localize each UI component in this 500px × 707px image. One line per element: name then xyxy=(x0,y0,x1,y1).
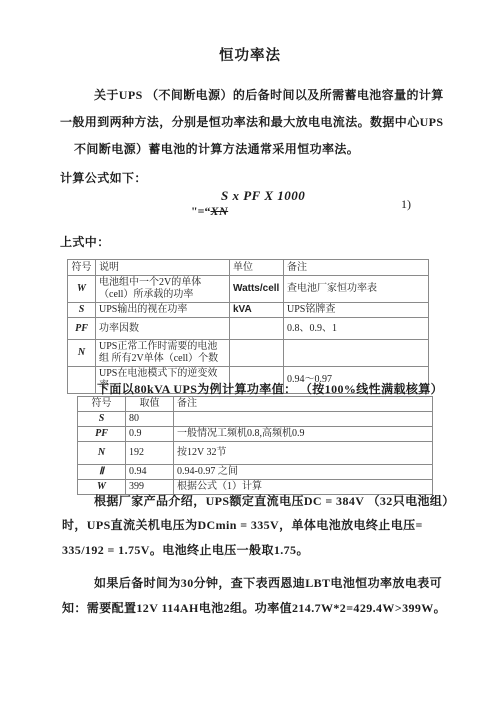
table-cell: UPS输出的视在功率 xyxy=(96,303,230,318)
table-cell: 按12V 32节 xyxy=(174,442,433,465)
table-cell: 功率因数 xyxy=(96,318,230,340)
table-cell xyxy=(174,412,433,427)
formula-denominator-prefix: "=“ xyxy=(191,204,211,218)
example-values-table: 符号 取值 备注 S 80 PF 0.9 一般情况工频机0.8,高频机0.9 N… xyxy=(77,396,433,495)
table-row: N UPS正常工作时需要的电池组 所有2V单体（cell）个数 xyxy=(68,340,429,367)
intro-line-1: 关于UPS （不间断电源）的后备时间以及所需蓄电池容量的计算 xyxy=(94,86,444,103)
column-header: 说明 xyxy=(96,260,230,276)
body-line-3: 335/192 = 1.75V。电池终止电压一般取1.75。 xyxy=(62,541,309,558)
table-cell: 一般情况工频机0.8,高频机0.9 xyxy=(174,427,433,442)
body-line-5: 知：需要配置12V 114AH电池2组。功率值214.7W*2=429.4W>3… xyxy=(62,599,446,616)
page-title: 恒功率法 xyxy=(0,44,500,65)
table-header-row: 符号 取值 备注 xyxy=(78,397,433,412)
table-cell-value: 192 xyxy=(126,442,174,465)
column-header: 取值 xyxy=(126,397,174,412)
formula-intro-line: 计算公式如下： xyxy=(60,169,147,186)
body-line-2: 时，UPS直流关机电压为DCmin = 335V，单体电池放电终止电压= xyxy=(62,516,423,533)
table-cell: kVA xyxy=(230,303,284,318)
body-line-4: 如果后备时间为30分钟，查下表西恩迪LBT电池恒功率放电表可 xyxy=(94,574,442,591)
column-header: 符号 xyxy=(78,397,126,412)
table-cell-symbol: PF xyxy=(78,427,126,442)
table-cell-symbol: S xyxy=(68,303,96,318)
table-row: PF 功率因数 0.8、0.9、1 xyxy=(68,318,429,340)
table-cell-symbol: PF xyxy=(68,318,96,340)
table1-intro-line: 上式中： xyxy=(60,233,110,250)
table-cell-value: 0.94 xyxy=(126,465,174,480)
table-row: PF 0.9 一般情况工频机0.8,高频机0.9 xyxy=(78,427,433,442)
table-cell: 0.94-0.97 之间 xyxy=(174,465,433,480)
table2-intro-line: 下面以80kVA UPS为例计算功率值： （按100%线性满载核算） xyxy=(97,380,443,397)
table-cell-symbol xyxy=(68,367,96,394)
table-cell: UPS正常工作时需要的电池组 所有2V单体（cell）个数 xyxy=(96,340,230,367)
table-row: N 192 按12V 32节 xyxy=(78,442,433,465)
table-cell xyxy=(230,318,284,340)
table-cell-symbol: W xyxy=(68,276,96,303)
table-row: W 电池组中一个2V的单体（cell）所承载的功率 Watts/cell 查电池… xyxy=(68,276,429,303)
formula-denominator: "=“XN xyxy=(191,204,228,219)
table-cell: 电池组中一个2V的单体（cell）所承载的功率 xyxy=(96,276,230,303)
document-page: 恒功率法 关于UPS （不间断电源）的后备时间以及所需蓄电池容量的计算 一般用到… xyxy=(0,0,500,707)
intro-line-2: 一般用到两种方法，分别是恒功率法和最大放电电流法。数据中心UPS xyxy=(60,113,443,130)
table-cell: Watts/cell xyxy=(230,276,284,303)
intro-line-3: 不间断电源）蓄电池的计算方法通常采用恒功率法。 xyxy=(74,140,359,157)
table-row: S 80 xyxy=(78,412,433,427)
table-cell xyxy=(284,340,429,367)
table-cell-symbol: N xyxy=(68,340,96,367)
column-header: 备注 xyxy=(174,397,433,412)
table-cell xyxy=(230,340,284,367)
table-header-row: 符号 说明 单位 备注 xyxy=(68,260,429,276)
table-cell-value: 0.9 xyxy=(126,427,174,442)
symbols-table: 符号 说明 单位 备注 W 电池组中一个2V的单体（cell）所承载的功率 Wa… xyxy=(67,259,429,394)
table-row: S UPS输出的视在功率 kVA UPS铭牌查 xyxy=(68,303,429,318)
equation-number: 1) xyxy=(401,197,411,212)
table-cell-value: 80 xyxy=(126,412,174,427)
formula-numerator: S x PF X 1000 xyxy=(221,188,305,204)
table-cell: 查电池厂家恒功率表 xyxy=(284,276,429,303)
formula-denominator-struck: XN xyxy=(211,204,229,218)
table-row: Ⅱ 0.94 0.94-0.97 之间 xyxy=(78,465,433,480)
body-line-1: 根据厂家产品介绍，UPS额定直流电压DC = 384V （32只电池组） xyxy=(94,492,455,509)
table-cell-symbol: Ⅱ xyxy=(78,465,126,480)
table-cell-symbol: N xyxy=(78,442,126,465)
column-header: 符号 xyxy=(68,260,96,276)
column-header: 单位 xyxy=(230,260,284,276)
table-cell: 0.8、0.9、1 xyxy=(284,318,429,340)
table-cell-symbol: S xyxy=(78,412,126,427)
column-header: 备注 xyxy=(284,260,429,276)
table-cell: UPS铭牌查 xyxy=(284,303,429,318)
